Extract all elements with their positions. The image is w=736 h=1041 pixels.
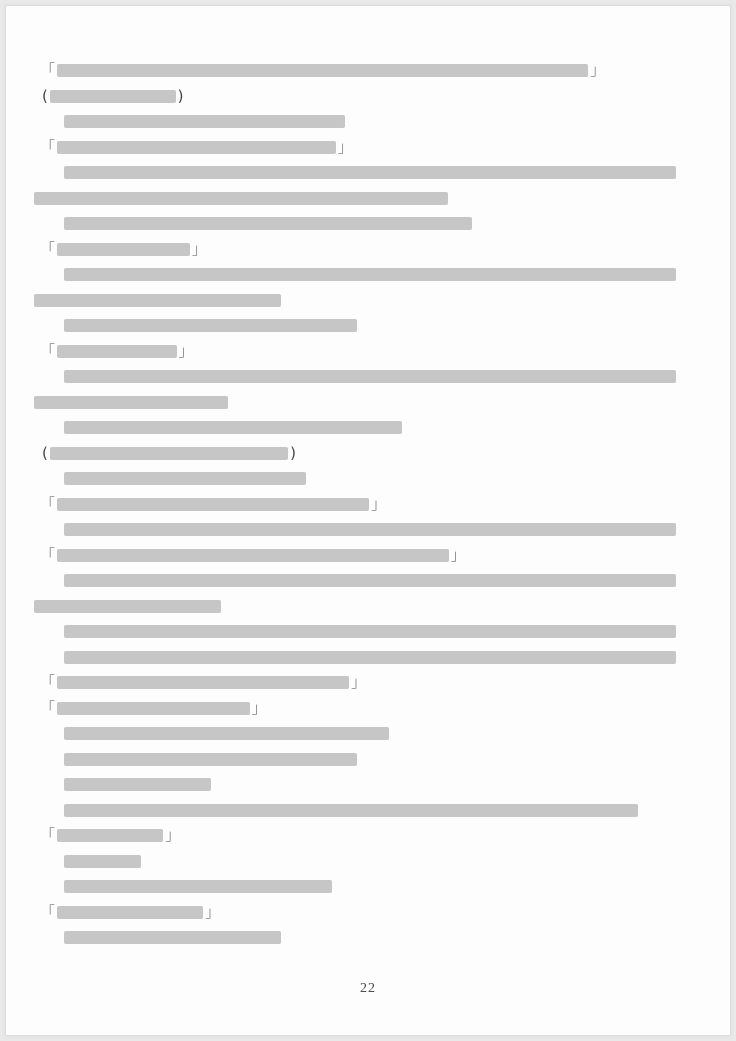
redacted-paragraph-dialogue: 「」 [34, 670, 702, 696]
redacted-text-bar [64, 625, 676, 638]
redacted-paragraph-dialogue: 「」 [34, 696, 702, 722]
redacted-text-bar [57, 345, 177, 358]
redacted-paragraph-narration [34, 568, 702, 619]
redacted-text-line: 「」 [38, 492, 702, 518]
paren-close-bracket: ) [288, 446, 298, 461]
paren-open-bracket: ( [40, 446, 50, 461]
redacted-paragraph-narration [34, 160, 702, 211]
redacted-text-bar [57, 243, 190, 256]
redacted-paragraph-narration [34, 211, 702, 237]
redacted-text-bar [57, 498, 369, 511]
redacted-text-line [64, 772, 702, 798]
redacted-text-bar [57, 906, 203, 919]
dialogue-close-bracket: 」 [177, 344, 196, 359]
dialogue-close-bracket: 」 [203, 905, 222, 920]
redacted-text-line [64, 160, 702, 186]
redacted-paragraph-dialogue: 「」 [34, 237, 702, 263]
redacted-text-bar [64, 268, 676, 281]
redacted-text-bar [64, 727, 389, 740]
redacted-text-bar [57, 549, 449, 562]
dialogue-open-bracket: 「 [38, 548, 57, 563]
redacted-text-bar [64, 319, 357, 332]
dialogue-close-bracket: 」 [369, 497, 388, 512]
redacted-text-line [64, 211, 702, 237]
redacted-text-line: 「」 [38, 237, 702, 263]
redacted-text-line: 「」 [38, 339, 702, 365]
redacted-text-line [64, 798, 702, 824]
redacted-text-bar [57, 702, 250, 715]
redacted-paragraph-narration [34, 645, 702, 671]
paren-close-bracket: ) [176, 89, 186, 104]
redacted-text-line [34, 594, 702, 620]
redacted-paragraph-dialogue: 「」 [34, 823, 702, 849]
redacted-paragraph-narration [34, 109, 702, 135]
redacted-text-bar [64, 804, 638, 817]
dialogue-open-bracket: 「 [38, 63, 57, 78]
redacted-text-line [64, 568, 702, 594]
dialogue-open-bracket: 「 [38, 905, 57, 920]
redacted-text-bar [57, 64, 588, 77]
redacted-text-line: 「」 [38, 58, 702, 84]
dialogue-close-bracket: 」 [163, 828, 182, 843]
redacted-text-line [64, 466, 702, 492]
redacted-text-bar [64, 778, 211, 791]
redacted-text-bar [64, 523, 676, 536]
redacted-text-line: 「」 [38, 135, 702, 161]
redacted-text-bar [50, 447, 288, 460]
redacted-text-line [64, 109, 702, 135]
redacted-text-line: 「」 [38, 900, 702, 926]
redacted-text-line [34, 288, 702, 314]
redacted-paragraph-dialogue: 「」 [34, 58, 702, 84]
dialogue-close-bracket: 」 [449, 548, 468, 563]
redacted-text-line [34, 186, 702, 212]
redacted-paragraph-narration [34, 925, 702, 951]
redacted-paragraph-narration [34, 364, 702, 415]
redacted-text-line [64, 415, 702, 441]
dialogue-open-bracket: 「 [38, 701, 57, 716]
redacted-text-bar [64, 166, 676, 179]
redacted-text-bar [64, 574, 676, 587]
redacted-paragraph-narration [34, 619, 702, 645]
redacted-text-bar [64, 753, 357, 766]
redacted-text-bar [34, 600, 221, 613]
redacted-text-bar [34, 192, 448, 205]
redacted-text-line [64, 313, 702, 339]
redacted-text-line [64, 849, 702, 875]
dialogue-close-bracket: 」 [588, 63, 607, 78]
page-body-redacted: 「」()「」「」「」()「」「」「」「」「」「」 [34, 58, 702, 951]
redacted-text-bar [64, 421, 402, 434]
redacted-paragraph-narration [34, 747, 702, 773]
redacted-paragraph-narration [34, 874, 702, 900]
redacted-text-bar [57, 141, 336, 154]
redacted-text-line: 「」 [38, 543, 702, 569]
document-page: 「」()「」「」「」()「」「」「」「」「」「」 22 [5, 5, 731, 1036]
redacted-text-bar [57, 676, 349, 689]
dialogue-open-bracket: 「 [38, 242, 57, 257]
redacted-paragraph-narration [34, 517, 702, 543]
redacted-text-line [64, 645, 702, 671]
redacted-text-line: 「」 [38, 670, 702, 696]
redacted-text-line [64, 517, 702, 543]
page-number: 22 [6, 981, 730, 997]
dialogue-open-bracket: 「 [38, 497, 57, 512]
redacted-text-bar [64, 217, 472, 230]
redacted-paragraph-dialogue: 「」 [34, 135, 702, 161]
redacted-paragraph-narration [34, 262, 702, 313]
redacted-text-bar [64, 880, 332, 893]
redacted-text-line [64, 364, 702, 390]
redacted-text-line: () [40, 441, 702, 467]
redacted-text-line [34, 390, 702, 416]
dialogue-close-bracket: 」 [190, 242, 209, 257]
dialogue-open-bracket: 「 [38, 828, 57, 843]
redacted-text-line [64, 262, 702, 288]
paren-open-bracket: ( [40, 89, 50, 104]
redacted-text-line: () [40, 84, 702, 110]
redacted-paragraph-narration [34, 313, 702, 339]
redacted-text-bar [64, 931, 281, 944]
redacted-paragraph-dialogue: 「」 [34, 543, 702, 569]
redacted-text-bar [64, 370, 676, 383]
redacted-paragraph-paren: () [34, 441, 702, 467]
redacted-paragraph-dialogue: 「」 [34, 900, 702, 926]
redacted-text-line: 「」 [38, 696, 702, 722]
dialogue-open-bracket: 「 [38, 344, 57, 359]
redacted-text-bar [34, 396, 228, 409]
redacted-text-line [64, 747, 702, 773]
redacted-text-line [64, 925, 702, 951]
redacted-text-bar [64, 115, 345, 128]
redacted-paragraph-narration [34, 466, 702, 492]
redacted-text-line [64, 619, 702, 645]
redacted-paragraph-dialogue: 「」 [34, 339, 702, 365]
redacted-text-bar [64, 855, 141, 868]
redacted-paragraph-dialogue: 「」 [34, 492, 702, 518]
redacted-paragraph-narration [34, 721, 702, 747]
redacted-text-bar [64, 651, 676, 664]
dialogue-open-bracket: 「 [38, 140, 57, 155]
redacted-text-bar [50, 90, 176, 103]
redacted-text-line [64, 721, 702, 747]
redacted-text-line [64, 874, 702, 900]
redacted-text-line: 「」 [38, 823, 702, 849]
redacted-text-bar [34, 294, 281, 307]
dialogue-close-bracket: 」 [349, 675, 368, 690]
redacted-paragraph-paren: () [34, 84, 702, 110]
redacted-paragraph-narration [34, 415, 702, 441]
redacted-text-bar [57, 829, 163, 842]
dialogue-close-bracket: 」 [336, 140, 355, 155]
redacted-paragraph-narration [34, 772, 702, 798]
redacted-text-bar [64, 472, 306, 485]
redacted-paragraph-narration [34, 798, 702, 824]
dialogue-open-bracket: 「 [38, 675, 57, 690]
dialogue-close-bracket: 」 [250, 701, 269, 716]
redacted-paragraph-narration [34, 849, 702, 875]
